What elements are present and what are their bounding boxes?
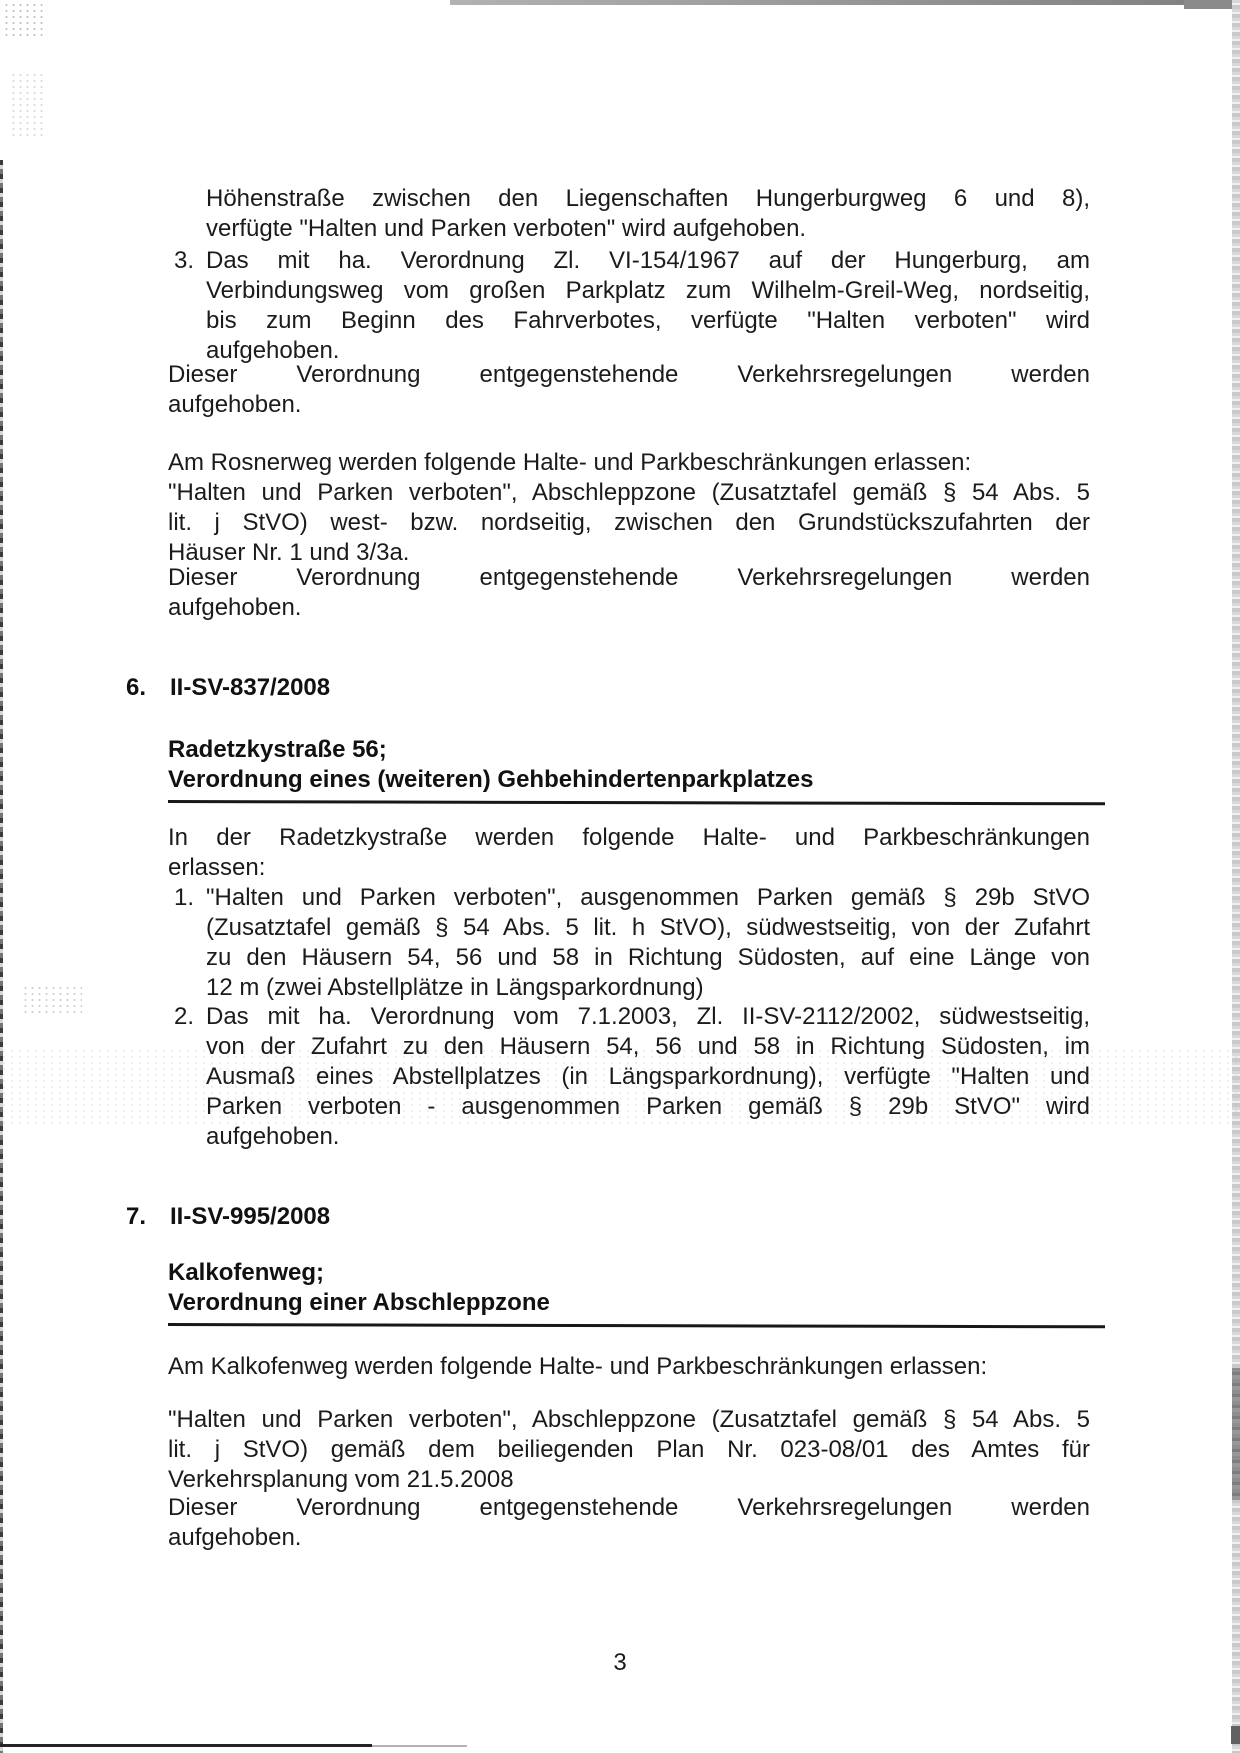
section-6-item-1: 1. "Halten und Parken verboten", ausgeno…: [174, 883, 1090, 1003]
text-line: Höhenstraße zwischen den Liegenschaften …: [206, 184, 1090, 214]
list-marker: 1.: [174, 883, 194, 913]
section-6-heading: 6.II-SV-837/2008: [126, 673, 330, 703]
text-line: Dieser Verordnung entgegenstehende Verke…: [168, 1493, 1090, 1523]
section-number: 6.: [126, 673, 170, 703]
text-line: bis zum Beginn des Fahrverbotes, verfügt…: [206, 306, 1090, 336]
list-marker: 2.: [174, 1002, 194, 1032]
text-line: aufgehoben.: [168, 390, 1090, 420]
text-line: "Halten und Parken verboten", Abschleppz…: [168, 1405, 1090, 1435]
section-number: 7.: [126, 1202, 170, 1232]
scanned-document-page: Höhenstraße zwischen den Liegenschaften …: [0, 0, 1240, 1753]
section-6-intro: In der Radetzkystraße werden folgende Ha…: [168, 823, 1090, 883]
text-line: zu den Häusern 54, 56 und 58 in Richtung…: [206, 943, 1090, 973]
list-marker: 3.: [174, 246, 194, 276]
text-line: Am Kalkofenweg werden folgende Halte- un…: [168, 1352, 1090, 1382]
file-number: II-SV-995/2008: [170, 1203, 330, 1230]
text-line: von der Zufahrt zu den Häusern 54, 56 un…: [206, 1032, 1090, 1062]
heading-underline: [168, 1323, 1105, 1328]
text-line: verfügte "Halten und Parken verboten" wi…: [206, 214, 1090, 244]
text-line: "Halten und Parken verboten", Abschleppz…: [168, 478, 1090, 508]
text-line: Verkehrsplanung vom 21.5.2008: [168, 1465, 1090, 1495]
text-line: Das mit ha. Verordnung vom 7.1.2003, Zl.…: [206, 1002, 1090, 1032]
text-line: aufgehoben.: [168, 593, 1090, 623]
rosnerweg-paragraph: Am Rosnerweg werden folgende Halte- und …: [168, 448, 1090, 568]
section-6-title: Radetzkystraße 56; Verordnung eines (wei…: [168, 735, 1105, 803]
text-line: Parken verboten - ausgenommen Parken gem…: [206, 1092, 1090, 1122]
section-7-body: "Halten und Parken verboten", Abschleppz…: [168, 1405, 1090, 1495]
street-heading: Kalkofenweg;: [168, 1258, 1105, 1288]
page-number: 3: [0, 1648, 1240, 1678]
text-line: (Zusatztafel gemäß § 54 Abs. 5 lit. h St…: [206, 913, 1090, 943]
text-line: aufgehoben.: [168, 1523, 1090, 1553]
section-6-item-2: 2. Das mit ha. Verordnung vom 7.1.2003, …: [174, 1002, 1090, 1152]
section-7-intro: Am Kalkofenweg werden folgende Halte- un…: [168, 1352, 1090, 1382]
closing-paragraph-1: Dieser Verordnung entgegenstehende Verke…: [168, 360, 1090, 420]
closing-paragraph-3: Dieser Verordnung entgegenstehende Verke…: [168, 1493, 1090, 1553]
continued-list-item: Höhenstraße zwischen den Liegenschaften …: [206, 184, 1090, 244]
text-line: Verbindungsweg vom großen Parkplatz zum …: [206, 276, 1090, 306]
document-content: Höhenstraße zwischen den Liegenschaften …: [0, 0, 1240, 1753]
text-line: Am Rosnerweg werden folgende Halte- und …: [168, 448, 1090, 478]
text-line: Das mit ha. Verordnung Zl. VI-154/1967 a…: [206, 246, 1090, 276]
text-line: Dieser Verordnung entgegenstehende Verke…: [168, 360, 1090, 390]
list-item-3: 3. Das mit ha. Verordnung Zl. VI-154/196…: [174, 246, 1090, 366]
text-line: erlassen:: [168, 853, 1090, 883]
text-line: 12 m (zwei Abstellplätze in Längsparkord…: [206, 973, 1090, 1003]
text-line: In der Radetzkystraße werden folgende Ha…: [168, 823, 1090, 853]
ordinance-heading: Verordnung eines (weiteren) Gehbehindert…: [168, 765, 1105, 795]
file-number: II-SV-837/2008: [170, 674, 330, 701]
street-heading: Radetzkystraße 56;: [168, 735, 1105, 765]
text-line: Ausmaß eines Abstellplatzes (in Längspar…: [206, 1062, 1090, 1092]
section-7-title: Kalkofenweg; Verordnung einer Abschleppz…: [168, 1258, 1105, 1326]
closing-paragraph-2: Dieser Verordnung entgegenstehende Verke…: [168, 563, 1090, 623]
text-line: Dieser Verordnung entgegenstehende Verke…: [168, 563, 1090, 593]
text-line: aufgehoben.: [206, 1122, 1090, 1152]
ordinance-heading: Verordnung einer Abschleppzone: [168, 1288, 1105, 1318]
text-line: lit. j StVO) west- bzw. nordseitig, zwis…: [168, 508, 1090, 538]
text-line: "Halten und Parken verboten", ausgenomme…: [206, 883, 1090, 913]
heading-underline: [168, 800, 1105, 805]
text-line: lit. j StVO) gemäß dem beiliegenden Plan…: [168, 1435, 1090, 1465]
section-7-heading: 7.II-SV-995/2008: [126, 1202, 330, 1232]
